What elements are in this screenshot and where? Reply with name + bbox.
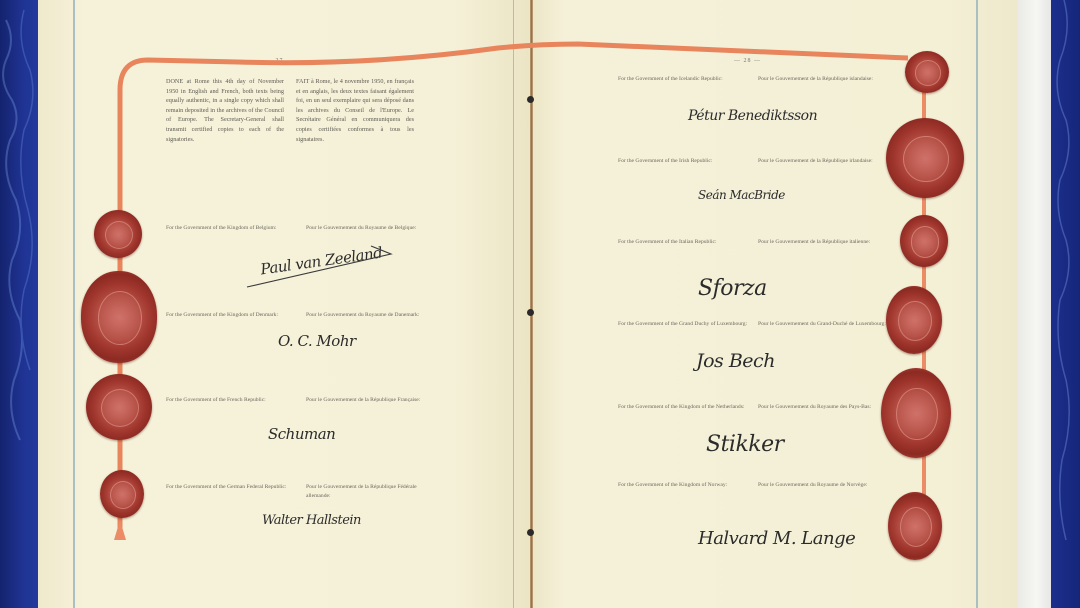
wax-seal-france xyxy=(86,374,152,440)
cloth-pattern-left xyxy=(0,0,38,608)
ribbon xyxy=(38,0,1018,608)
wax-seal-ireland xyxy=(886,118,964,198)
wax-seal-denmark xyxy=(81,271,157,363)
white-mount-card xyxy=(1015,0,1051,608)
wax-seal-iceland xyxy=(905,51,949,93)
open-treaty-book: — 27 — DONE at Rome this 4th day of Nove… xyxy=(38,0,1018,608)
wax-seal-norway xyxy=(888,492,942,560)
cloth-pattern-right xyxy=(1050,0,1080,608)
wax-seal-netherlands xyxy=(881,368,951,458)
wax-seal-luxembourg xyxy=(886,286,942,354)
wax-seal-belgium xyxy=(94,210,142,258)
wax-seal-italy xyxy=(900,215,948,267)
wax-seal-germany xyxy=(100,470,144,518)
